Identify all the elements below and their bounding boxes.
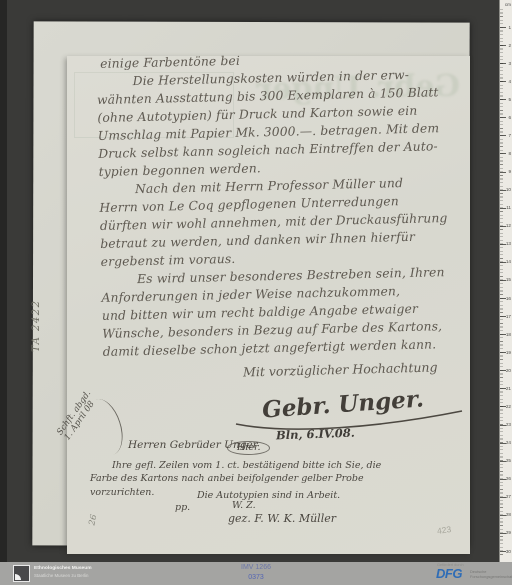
ruler-cm-tick: [500, 99, 506, 100]
ruler-cm-tick: [500, 208, 506, 209]
ruler-cm-label: 2: [508, 43, 511, 48]
annotation-pp: pp.: [175, 502, 190, 513]
ruler-cm-label: 11: [506, 205, 511, 210]
ruler-cm-label: 7: [508, 133, 511, 138]
ruler-cm-label: 6: [508, 115, 511, 120]
ruler-cm-label: 27: [506, 494, 511, 499]
annotation-line: vorzurichten.: [90, 487, 154, 498]
annotation-line: Farbe des Kartons nach anbei beifolgende…: [90, 473, 364, 484]
ruler-cm-tick: [500, 280, 506, 281]
ruler-cm-label: 26: [506, 476, 511, 481]
ruler-cm-tick: [500, 244, 506, 245]
scan-edge-shadow: [0, 0, 7, 585]
ruler-cm-tick: [500, 81, 506, 82]
ruler-cm-tick: [500, 45, 506, 46]
archive-number-pencil: TA 2422: [31, 300, 42, 352]
ruler-cm-label: 14: [506, 259, 511, 264]
ruler-cm-tick: [500, 298, 506, 299]
dfg-name: Deutsche Forschungsgemeinschaft: [470, 570, 512, 579]
ruler-cm-label: 5: [508, 97, 511, 102]
ruler-cm-label: 13: [506, 241, 511, 246]
ruler-cm-label: 3: [508, 61, 511, 66]
ruler-cm-tick: [500, 370, 506, 371]
ruler-cm-tick: [500, 406, 506, 407]
ruler-cm-tick: [500, 425, 506, 426]
ruler-cm-tick: [500, 334, 506, 335]
annotation-place-circled: Hier.: [227, 441, 270, 455]
ruler-cm-label: 28: [506, 512, 511, 517]
ruler-cm-tick: [500, 388, 506, 389]
ruler-cm-tick: [500, 533, 506, 534]
annotation-line: Ihre gefl. Zeilen vom 1. ct. bestätigend…: [112, 460, 381, 471]
ruler-cm-label: 17: [506, 314, 511, 319]
ruler-cm-tick: [500, 443, 506, 444]
annotation-signed-by: gez. F. W. K. Müller: [228, 512, 336, 525]
ruler-cm-label: 12: [506, 223, 511, 228]
ruler-cm-tick: [500, 515, 506, 516]
ruler-cm-tick: [500, 190, 506, 191]
annotation-line: Die Autotypien sind in Arbeit.: [197, 490, 340, 501]
ruler-cm-label: 1: [508, 25, 511, 30]
annotation-initials: W. Z.: [232, 500, 256, 511]
ruler-cm-label: 20: [506, 368, 511, 373]
ruler-cm-tick: [500, 226, 506, 227]
ruler-cm-tick: [500, 117, 506, 118]
ruler-cm-label: 29: [506, 530, 511, 535]
ruler-cm-label: 22: [506, 404, 511, 409]
ruler-cm-tick: [500, 172, 506, 173]
place-date: Bln, 6.IV.08.: [276, 426, 355, 443]
ruler-cm-label: 19: [506, 350, 511, 355]
cm-ruler: cm 1234567891011121314151617181920212223…: [499, 0, 512, 562]
ruler-cm-tick: [500, 63, 506, 64]
document-scan-viewer: Gebr. Unger einige Farbentöne beiDie Her…: [0, 0, 512, 585]
ruler-unit-label: cm: [505, 2, 511, 7]
ruler-cm-label: 30: [506, 549, 511, 554]
ruler-cm-tick: [500, 461, 506, 462]
ruler-cm-label: 4: [508, 79, 511, 84]
ruler-cm-tick: [500, 27, 506, 28]
ruler-cm-label: 18: [506, 332, 511, 337]
ruler-cm-tick: [500, 135, 506, 136]
ruler-cm-label: 16: [506, 296, 511, 301]
ruler-cm-tick: [500, 352, 506, 353]
footer-bar: Ethnologisches Museum Staatliche Museen …: [0, 562, 512, 585]
ruler-cm-label: 21: [506, 386, 511, 391]
dfg-logo: DFG: [436, 566, 462, 581]
ruler-cm-tick: [500, 262, 506, 263]
ruler-cm-label: 23: [506, 422, 511, 427]
ruler-cm-tick: [500, 316, 506, 317]
letter-body: einige Farbentöne beiDie Herstellungskos…: [96, 47, 468, 361]
ruler-cm-label: 24: [506, 440, 511, 445]
ruler-cm-tick: [500, 497, 506, 498]
pencil-note-right: 423: [436, 524, 451, 536]
ruler-cm-label: 15: [506, 277, 511, 282]
ruler-cm-label: 9: [508, 169, 511, 174]
ruler-cm-label: 10: [506, 187, 511, 192]
ruler-cm-tick: [500, 479, 506, 480]
ruler-cm-tick: [500, 551, 506, 552]
ruler-cm-tick: [500, 153, 506, 154]
ruler-cm-label: 25: [506, 458, 511, 463]
ruler-minor-ticks: [500, 9, 503, 557]
ruler-cm-label: 8: [508, 151, 511, 156]
